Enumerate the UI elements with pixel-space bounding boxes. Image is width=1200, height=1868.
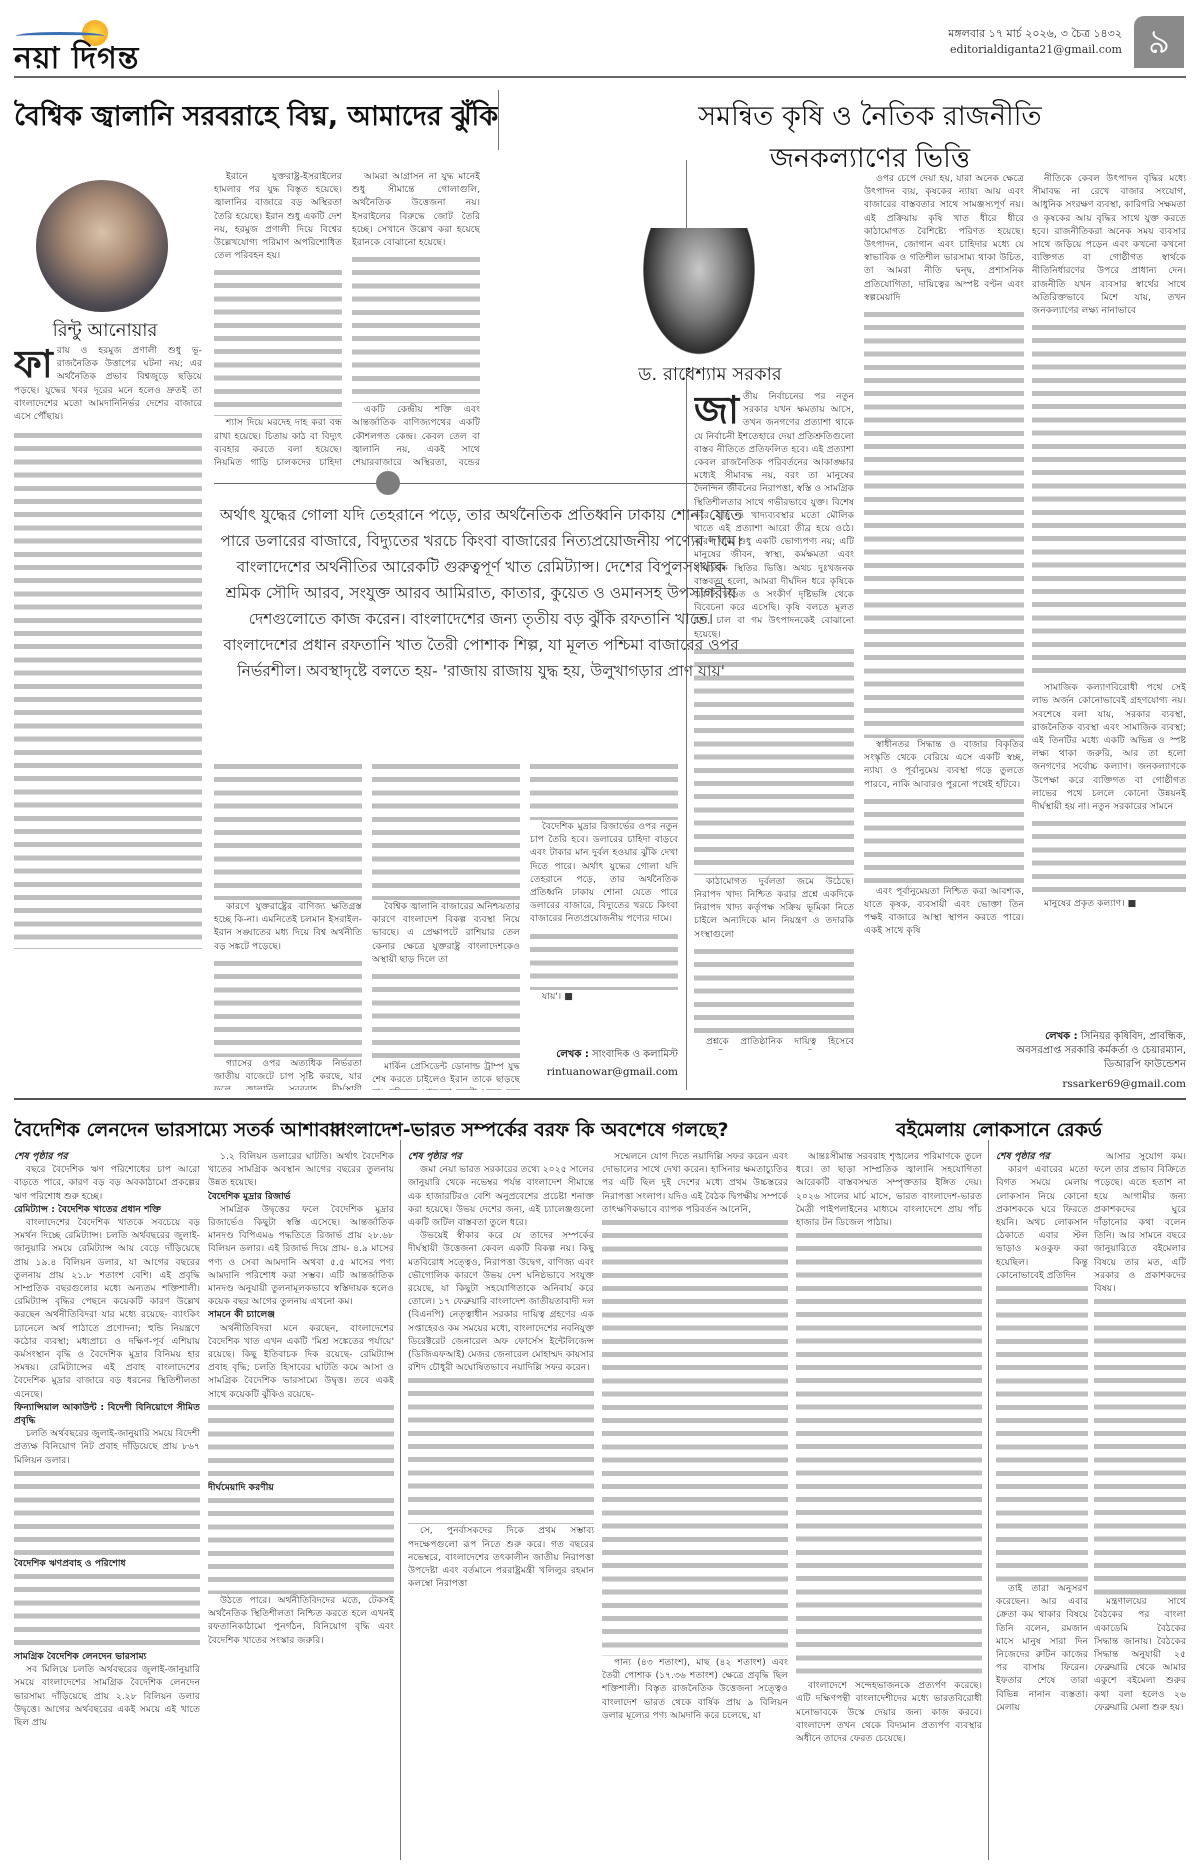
article1-end-right: যায়'। ■ [530,990,678,1003]
story-divider-2 [988,1140,989,1860]
article1-mid-center: বৈশ্বিক জ্বালানি বাজারের অনিশ্চয়তার কার… [372,900,520,966]
article2-col3-lines [1032,321,1186,681]
article1-end-left: গ্যাসের ওপর অত্যধিক নির্ভরতা জাতীয় বাজে… [214,1057,362,1090]
article1-lower-col-1: কারণে যুক্তরাষ্ট্রের বাণিজ্য ক্ষতিগ্রস্ত… [214,760,362,1090]
article1-body-text-lines [14,429,202,949]
article1-lower-col1-lines-2 [214,957,362,1057]
article1-lower-col3-lines [530,760,678,820]
article1-mid-right: বৈদেশিক মুদ্রার রিজার্ভের ওপর নতুন চাপ ত… [530,820,678,926]
article2-col2-text: ওপর চেপে দেয়া হয়, যারা অনেক ক্ষেত্রে উ… [864,172,1024,304]
story-divider-1 [400,1140,401,1860]
article1-byline: লেখক : সাংবাদিক ও কলামিস্ট [530,1048,678,1062]
story2-col1-lines [408,1374,594,1524]
article1-mid-left: কারণে যুক্তরাষ্ট্রের বাণিজ্য ক্ষতিগ্রস্ত… [214,900,362,953]
story2-col1-tail: সে, পুনর্বাসকদের দিকে প্রথম সম্ভাব্য পদক… [408,1524,594,1590]
article2-headline[interactable]: সমন্বিত কৃষি ও নৈতিক রাজনীতি জনকল্যাণের … [560,96,1180,180]
section-divider [14,1098,1186,1100]
article2-col3-text: নীতিকে কেবল উৎপাদন বৃদ্ধির মধ্যে সীমাবদ্… [1032,172,1186,317]
article1-column-2-top: ইরানে যুক্তরাষ্ট্র-ইসরাইলের হামলার পর যু… [214,170,342,470]
story1-col2-lines-2 [208,1494,394,1594]
article1-col3-lines [352,253,480,403]
article1-lower-col2-lines-2 [372,970,520,1060]
article2-col3-lines-2 [1032,817,1186,897]
article2-end-center: এবং পূর্বানুমেয়তা নিশ্চিত করা আবশ্যক, য… [864,885,1024,938]
story2-column-3: আন্তঃসীমান্ত সরবরাহ শৃঙ্খলের পরিমাণকে তু… [796,1150,982,1860]
article2-author-email[interactable]: rssarker69@gmail.com [1000,1078,1186,1090]
article1-lower-col3-lines-2 [530,930,678,990]
story2-col2-lines [602,1216,788,1656]
pullquote-rule [214,483,744,484]
story3-col1-lines [996,1282,1088,1582]
article1-lower-col-2: বৈশ্বিক জ্বালানি বাজারের অনিশ্চয়তার কার… [372,760,520,1090]
article2-column-1: জা তীয় নির্বাচনের পর নতুন সরকার যখন ক্ষ… [694,390,854,1050]
story3-continued-label: শেষ পৃষ্ঠার পর [996,1150,1088,1163]
story2-col3-lines [796,1229,982,1679]
article2-col2-lines [864,308,1024,738]
article2-mid-left: কাঠামোগত দুর্বলতা জমে উঠেছে। নিরাপদ খাদ্… [694,875,854,941]
story1-col1-lines [14,1467,200,1557]
story3-column-1: শেষ পৃষ্ঠার পর কারণ এবারের মতো বিগত সময়… [996,1150,1088,1860]
story2-col2-intro: সম্মেলনে যোগ দিতে নয়াদিল্লি সফর করেন এব… [602,1150,788,1216]
author2-name: ড. রাধেশ্যাম সরকার [620,360,800,391]
story3-col1-intro: কারণ এবারের মতো বিগত সময়ে মেলায় লোকসান… [996,1163,1088,1282]
story3-col2-intro: আসার সুযোগ কম। ফলে তার প্রভাব বিক্রিতে প… [1094,1150,1186,1295]
article2-col2-lines-2 [864,795,1024,885]
article1-pull-quote: অর্থাৎ যুদ্ধের গোলা যদি তেহরানে পড়ে, তা… [218,502,744,684]
story1-subhead-reserve: বৈদেশিক মুদ্রার রিজার্ভ [208,1190,394,1203]
story2-col3-intro: আন্তঃসীমান্ত সরবরাহ শৃঙ্খলের পরিমাণকে তু… [796,1150,982,1229]
article1-col2-lines [214,266,342,416]
article1-col3-tail: একটি কেন্দ্রীয় শক্তি এবং আন্তর্জাতিক বা… [352,403,480,470]
story3-col2-tail: মন্ত্রণালয়ের সাথে বৈঠকের পর বাংলা একাডে… [1094,1595,1186,1714]
article2-col1-lines [694,645,854,875]
story2-column-2: সম্মেলনে যোগ দিতে নয়াদিল্লি সফর করেন এব… [602,1150,788,1860]
article2-dropcap: জা [694,392,739,428]
article1-col2-tail: শ্যাস দিয়ে মরদেহ দাহ করা বন্ধ রাখা হয়ে… [214,416,342,470]
story2-continued-label: শেষ পৃষ্ঠার পর [408,1150,594,1163]
story1-subhead-remittance: রেমিট্যান্স : বৈদেশিক খাতের প্রধান শক্তি [14,1203,200,1216]
story1-subhead-challenges: সামনে কী চ্যালেঞ্জ [208,1308,394,1321]
article1-lower-col1-lines [214,760,362,900]
story1-col2-body2: অর্থনীতিবিদরা মনে করছেন, বাংলাদেশের বৈদে… [208,1322,394,1401]
masthead-divider [14,76,1186,78]
article2-mid-center: স্বাধীনতর সিদ্ধান্ত ও বাজার বিকৃতির সংস্… [864,738,1024,791]
article1-column-1: ফা রায় ও হরমুজ প্রণালী শুধু ভূ-রাজনৈতিক… [14,344,202,1054]
story1-continued-label: শেষ পৃষ্ঠার পর [14,1150,200,1163]
story3-column-2: আসার সুযোগ কম। ফলে তার প্রভাব বিক্রিতে প… [1094,1150,1186,1860]
article2-headline-line1: সমন্বিত কৃষি ও নৈতিক রাজনীতি [560,96,1180,138]
masthead: নয়া দিগন্ত মঙ্গলবার ১৭ মার্চ ২০২৬, ৩ চৈ… [0,0,1200,74]
story1-column-2: ১.২ বিলিয়ন ডলারের ঘাটতি। অর্থাৎ বৈদেশিক… [208,1150,394,1860]
story1-col1-lines-2 [14,1570,200,1650]
story1-subhead-debt: বৈদেশিক ঋণপ্রবাহ ও পরিশোধ [14,1557,200,1570]
story3-col1-tail: তাই তারা অনুসরণ করেছেন। আর এবার ক্রেতা ক… [996,1582,1088,1714]
article1-lower-col-3: বৈদেশিক মুদ্রার রিজার্ভের ওপর নতুন চাপ ত… [530,760,678,1040]
article2-end-left: প্রশ্নকে প্রাতিষ্ঠানিক দায়িত্ব হিসেবে প… [694,1035,854,1050]
article1-dropcap: ফা [14,346,53,382]
story3-col2-lines [1094,1295,1186,1595]
story1-subhead-balance: সামগ্রিক বৈদেশিক লেনদেন ভারসাম্য [14,1650,200,1663]
story1-col2-intro: ১.২ বিলিয়ন ডলারের ঘাটতি। অর্থাৎ বৈদেশিক… [208,1150,394,1190]
article1-lower-col2-lines [372,760,520,900]
story1-headline[interactable]: বৈদেশিক লেনদেন ভারসাম্যে সতর্ক আশাবাদ [14,1116,345,1148]
article2-column-3: নীতিকে কেবল উৎপাদন বৃদ্ধির মধ্যে সীমাবদ্… [1032,172,1186,1022]
newspaper-logo[interactable]: নয়া দিগন্ত [14,14,204,66]
story1-col2-body: সামগ্রিক উদ্বৃত্তের ফলে বৈদেশিক মুদ্রার … [208,1203,394,1309]
article2-col1-lines-2 [694,945,854,1035]
pullquote-dot-icon [376,471,400,495]
story2-col2-tail: পান্য (৪৩ শতাংশ), মাছ (৪২ শতাংশ) এবং তৈর… [602,1656,788,1722]
story2-headline[interactable]: বাংলাদেশ-ভারত সম্পর্কের বরফ কি অবশেষে গল… [330,1116,729,1148]
story1-subhead-financial-account: ফিন্যান্সিয়াল আকাউন্ট : বিদেশী বিনিয়োগ… [14,1401,200,1427]
headline-divider [498,90,499,150]
article1-col2-text: ইরানে যুক্তরাষ্ট্র-ইসরাইলের হামলার পর যু… [214,170,342,262]
article2-end-right: মানুষের প্রকৃত কল্যাণ। ■ [1032,897,1186,910]
story1-col1-body: বাংলাদেশের বৈদেশিক খাতকে সবচেয়ে বড় সমর… [14,1216,200,1401]
article2-byline-role: সিনিয়র কৃষিবিদ, প্রাবন্ধিক, অবসরপ্রাপ্ত… [1016,1031,1186,1070]
story1-col2-lines [208,1401,394,1481]
story3-headline[interactable]: বইমেলায় লোকসানে রেকর্ড [896,1116,1102,1148]
story2-col1-body: উভয়েই স্বীকার করে যে তাদের সম্পর্কের দী… [408,1229,594,1374]
story2-column-1: শেষ পৃষ্ঠার পর জমা নেয়া ভারত সরকারের তথ… [408,1150,594,1860]
date-block: মঙ্গলবার ১৭ মার্চ ২০২৬, ৩ চৈত্র ১৪৩২ edi… [948,26,1122,58]
article1-byline-label: লেখক : [556,1049,589,1060]
author1-name: রিন্টু আনোয়ার [20,316,190,347]
editorial-email[interactable]: editorialdiganta21@gmail.com [948,42,1122,58]
article1-headline[interactable]: বৈশ্বিক জ্বালানি সরবরাহে বিঘ্ন, আমাদের ঝ… [14,96,498,141]
article1-end-center: মার্কিন প্রেসিডেন্ট ডোনাল্ড ট্রাম্প যুদ্… [372,1060,520,1090]
issue-date: মঙ্গলবার ১৭ মার্চ ২০২৬, ৩ চৈত্র ১৪৩২ [948,26,1122,42]
author2-photo [634,228,764,368]
story1-col1-body2: চলতি অর্থবছরের জুলাই-জানুয়ারি সময়ে বিদ… [14,1427,200,1467]
story1-column-1: শেষ পৃষ্ঠার পর বছরে বৈদেশিক ঋণ পরিশোধের … [14,1150,200,1860]
story1-col2-tail: উঠতে পারে। অর্থনীতিবিদদের মতে, টেকসই অর্… [208,1594,394,1647]
story1-col1-intro: বছরে বৈদেশিক ঋণ পরিশোধের চাপ আরো বাড়তে … [14,1163,200,1203]
story1-subhead-long-term: দীর্ঘমেয়াদি করণীয় [208,1481,394,1494]
story1-col1-tail: সব মিলিয়ে চলতি অর্থবছরের জুলাই-জানুয়ার… [14,1663,200,1729]
article1-column-3-top: আমরা আগ্রাসন না যুদ্ধ মানেই শুধু সীমান্ত… [352,170,480,470]
article1-byline-role: সাংবাদিক ও কলামিস্ট [592,1049,678,1060]
page-number-badge: ৯ [1134,16,1184,68]
article1-col3-text: আমরা আগ্রাসন না যুদ্ধ মানেই শুধু সীমান্ত… [352,170,480,249]
story2-col3-tail: বাংলাদেশে সন্দেহভাজনকে প্রত্যর্পণ করেছে।… [796,1679,982,1745]
article2-byline: লেখক : সিনিয়র কৃষিবিদ, প্রাবন্ধিক, অবসর… [1000,1030,1186,1072]
article2-mid-right: সামাজিক কল্যাণবিরোধী পথে সেই লাভ অর্জন ক… [1032,681,1186,813]
article1-author-email[interactable]: rintuanowar@gmail.com [530,1066,678,1078]
article2-column-2: ওপর চেপে দেয়া হয়, যারা অনেক ক্ষেত্রে উ… [864,172,1024,1052]
story2-col1-intro: জমা নেয়া ভারত সরকারের তথ্যে ২০২৫ সালের … [408,1163,594,1229]
article2-byline-label: লেখক : [1045,1031,1078,1042]
author1-avatar [36,180,168,312]
